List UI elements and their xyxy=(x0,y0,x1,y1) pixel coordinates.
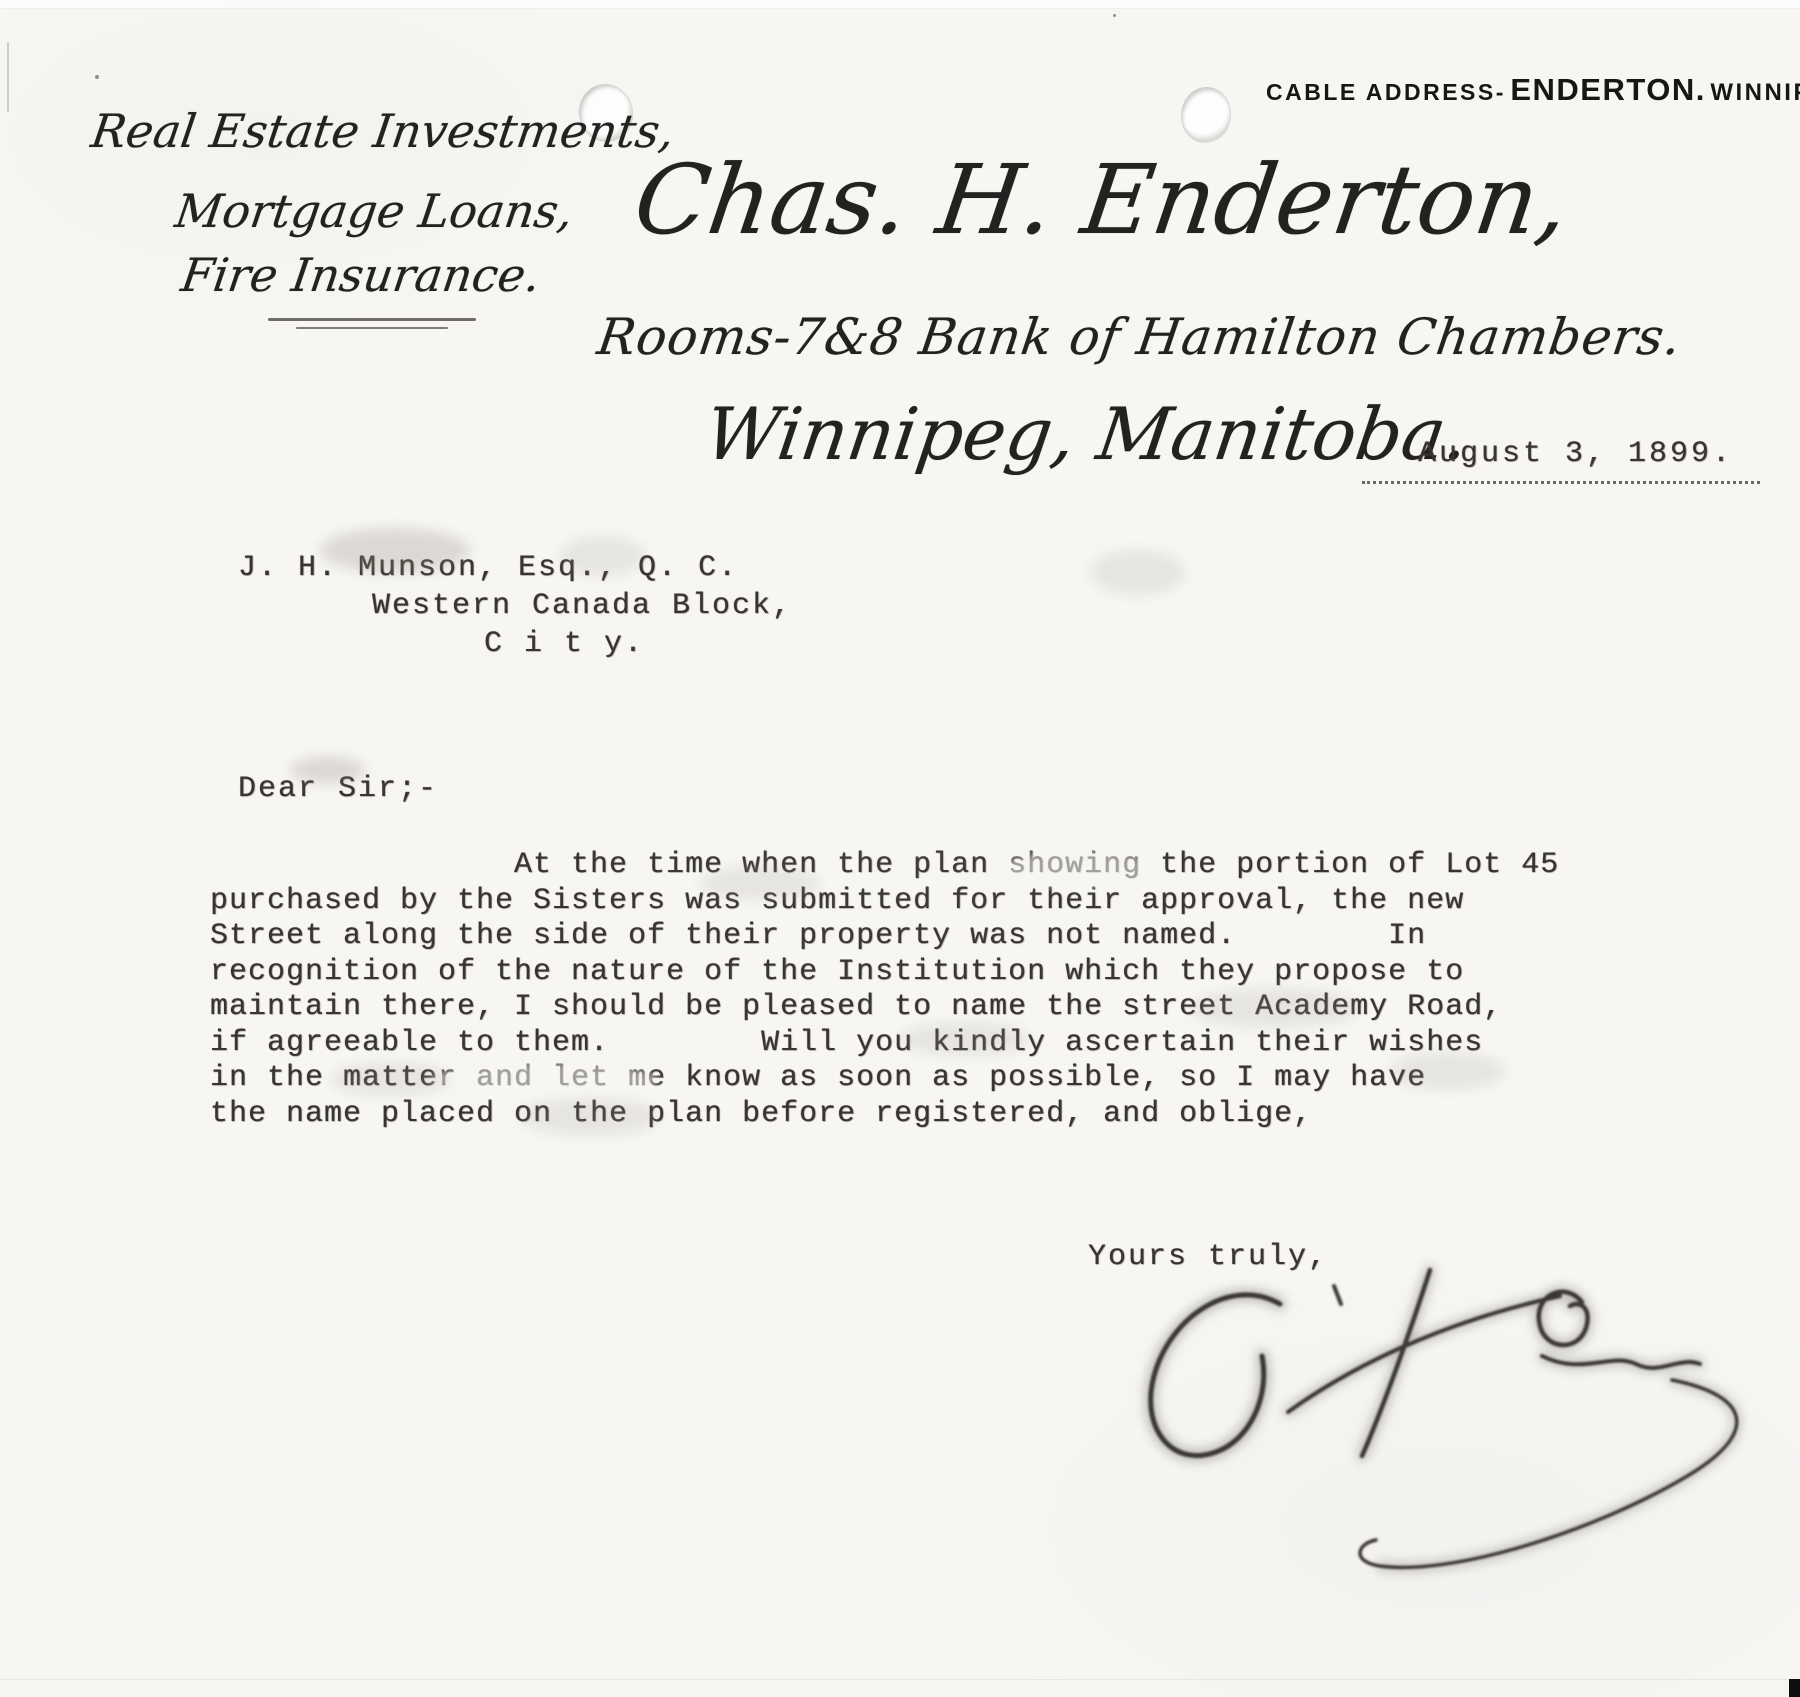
recipient-line-name: J. H. Munson, Esq., Q. C. xyxy=(238,551,738,585)
cable-address-label: CABLE ADDRESS- xyxy=(1266,79,1506,105)
flourish-underline xyxy=(268,318,476,321)
letter-page: CABLE ADDRESS- ENDERTON. WINNIPEG. Real … xyxy=(0,0,1800,1697)
service-line-real-estate: Real Estate Investments, xyxy=(88,104,678,158)
body-line-4: recognition of the nature of the Institu… xyxy=(210,955,1770,991)
paper-speck xyxy=(95,75,99,79)
scan-top-edge xyxy=(0,0,1800,9)
letterhead-name: Chas. H. Enderton, xyxy=(628,144,1576,256)
scan-scratch xyxy=(7,42,9,112)
recipient-line-city: C i t y. xyxy=(484,627,644,661)
body-line-3: Street along the side of their property … xyxy=(210,919,1770,955)
ink-smudge xyxy=(1090,550,1185,595)
typed-date: August 3, 1899. xyxy=(1418,437,1733,471)
punch-hole-right xyxy=(1177,84,1234,146)
body-line-6: if agreeable to them. Will you kindly as… xyxy=(210,1026,1770,1062)
cable-address-city: WINNIPEG. xyxy=(1710,79,1800,106)
service-line-insurance: Fire Insurance. xyxy=(178,248,544,302)
body-line-8: the name placed on the plan before regis… xyxy=(210,1097,1770,1133)
service-line-mortgage: Mortgage Loans, xyxy=(172,184,577,238)
letterhead-place-line: Winnipeg, Manitoba. xyxy=(700,392,1474,476)
cable-address-name: ENDERTON. xyxy=(1510,72,1706,107)
salutation: Dear Sir;- xyxy=(238,772,438,806)
scan-bottom-edge xyxy=(0,1679,1800,1680)
body-line-1: At the time when the plan showing the po… xyxy=(210,848,1770,884)
body-line-2: purchased by the Sisters was submitted f… xyxy=(210,884,1770,920)
date-underline xyxy=(1362,481,1760,484)
recipient-line-address: Western Canada Block, xyxy=(372,589,792,623)
scan-corner-mark xyxy=(1789,1679,1800,1697)
cable-address: CABLE ADDRESS- ENDERTON. WINNIPEG. xyxy=(1266,72,1800,108)
signature-chas-h-enderton xyxy=(1112,1256,1772,1616)
paper-speck xyxy=(1113,14,1116,17)
letter-body: At the time when the plan showing the po… xyxy=(210,848,1770,1132)
body-line-5: maintain there, I should be pleased to n… xyxy=(210,990,1770,1026)
flourish-underline xyxy=(296,327,448,329)
body-line-7: in the matter and let me know as soon as… xyxy=(210,1061,1770,1097)
letterhead-office-line: Rooms-7&8 Bank of Hamilton Chambers. xyxy=(594,308,1685,366)
